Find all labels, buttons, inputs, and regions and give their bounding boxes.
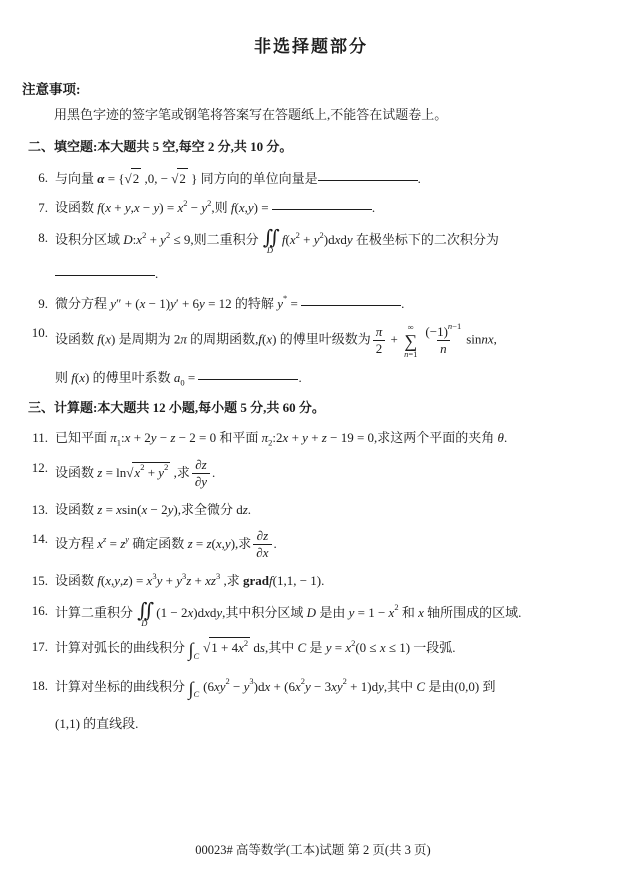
question-body: 计算二重积分 ∬D(1 − 2x)dxdy,其中积分区域 D 是由 y = 1 …	[55, 601, 600, 628]
exam-page: 非选择题部分 注意事项: 用黑色字迹的签字笔或钢笔将答案写在答题纸上,不能答在试…	[0, 0, 626, 880]
question-line: 已知平面 π1:x + 2y − z − 2 = 0 和平面 π2:2x + y…	[55, 428, 600, 448]
question-number: 14.	[22, 529, 48, 561]
question-line: 设函数 z = ln√x2 + y2 ,求∂z∂y.	[55, 458, 600, 490]
answer-blank	[318, 169, 418, 181]
exam-body: 二、填空题:本大题共 5 空,每空 2 分,共 10 分。6.与向量 α = {…	[22, 137, 600, 733]
fraction: (−1)n−1n	[422, 325, 464, 357]
question-body: 设函数 z = xsin(x − 2y),求全微分 dz.	[55, 500, 600, 520]
question-8: 8.设积分区域 D:x2 + y2 ≤ 9,则二重积分 ∬Df(x2 + y2)…	[22, 228, 600, 284]
answer-blank	[301, 294, 401, 306]
question-line: 计算对弧长的曲线积分 ∫C√1 + 4x2 ds,其中 C 是 y = x2(0…	[55, 637, 600, 666]
question-number: 16.	[22, 601, 48, 628]
fraction: ∂z∂x	[253, 529, 271, 561]
section-heading: 三、计算题:本大题共 12 小题,每小题 5 分,共 60 分。	[28, 398, 600, 418]
question-body: 计算对弧长的曲线积分 ∫C√1 + 4x2 ds,其中 C 是 y = x2(0…	[55, 637, 600, 666]
question-line: 设方程 xz = zy 确定函数 z = z(x,y),求∂z∂x.	[55, 529, 600, 561]
exam-content: 非选择题部分 注意事项: 用黑色字迹的签字笔或钢笔将答案写在答题纸上,不能答在试…	[0, 0, 626, 734]
answer-blank	[55, 264, 155, 276]
sqrt-radical: √2	[125, 171, 142, 186]
question-14: 14.设方程 xz = zy 确定函数 z = z(x,y),求∂z∂x.	[22, 529, 600, 561]
question-body: 已知平面 π1:x + 2y − z − 2 = 0 和平面 π2:2x + y…	[55, 428, 600, 448]
question-body: 设函数 f(x,y,z) = x3y + y3z + xz3 ,求 gradf(…	[55, 571, 600, 591]
question-16: 16.计算二重积分 ∬D(1 − 2x)dxdy,其中积分区域 D 是由 y =…	[22, 601, 600, 628]
sqrt-radical: √1 + 4x2	[203, 640, 250, 655]
question-number: 6.	[22, 168, 48, 189]
summation-operator: ∞∑n=1	[404, 323, 417, 358]
question-body: 设方程 xz = zy 确定函数 z = z(x,y),求∂z∂x.	[55, 529, 600, 561]
double-integral-operator: ∬D	[137, 601, 154, 628]
question-number: 7.	[22, 198, 48, 218]
question-line: 设积分区域 D:x2 + y2 ≤ 9,则二重积分 ∬Df(x2 + y2)dx…	[55, 228, 600, 255]
question-11: 11.已知平面 π1:x + 2y − z − 2 = 0 和平面 π2:2x …	[22, 428, 600, 448]
question-9: 9.微分方程 y″ + (x − 1)y′ + 6y = 12 的特解 y* =…	[22, 294, 600, 314]
question-7: 7.设函数 f(x + y,x − y) = x2 − y2,则 f(x,y) …	[22, 198, 600, 218]
page-footer: 00023# 高等数学(工本)试题 第 2 页(共 3 页)	[0, 841, 626, 860]
fraction: ∂z∂y	[192, 458, 210, 490]
question-number: 18.	[22, 676, 48, 734]
question-line: 则 f(x) 的傅里叶系数 a0 = .	[55, 368, 600, 388]
question-number: 15.	[22, 571, 48, 591]
question-line: 微分方程 y″ + (x − 1)y′ + 6y = 12 的特解 y* = .	[55, 294, 600, 314]
question-body: 计算对坐标的曲线积分 ∫C(6xy2 − y3)dx + (6x2y − 3xy…	[55, 676, 600, 734]
question-line: 设函数 f(x,y,z) = x3y + y3z + xz3 ,求 gradf(…	[55, 571, 600, 591]
fraction: π2	[373, 325, 386, 357]
sqrt-radical: √x2 + y2	[126, 465, 170, 480]
question-number: 10.	[22, 323, 48, 388]
question-line: 设函数 z = xsin(x − 2y),求全微分 dz.	[55, 500, 600, 520]
answer-blank	[272, 198, 372, 210]
notes-heading: 注意事项:	[22, 80, 600, 100]
question-12: 12.设函数 z = ln√x2 + y2 ,求∂z∂y.	[22, 458, 600, 490]
question-body: 设函数 f(x + y,x − y) = x2 − y2,则 f(x,y) = …	[55, 198, 600, 218]
question-6: 6.与向量 α = {√2 ,0, − √2 } 同方向的单位向量是 .	[22, 168, 600, 189]
notes-body: 用黑色字迹的签字笔或钢笔将答案写在答题纸上,不能答在试题卷上。	[22, 105, 600, 125]
question-body: 微分方程 y″ + (x − 1)y′ + 6y = 12 的特解 y* = .	[55, 294, 600, 314]
question-line: 计算二重积分 ∬D(1 − 2x)dxdy,其中积分区域 D 是由 y = 1 …	[55, 601, 600, 628]
page-title: 非选择题部分	[22, 34, 600, 60]
question-10: 10.设函数 f(x) 是周期为 2π 的周期函数,f(x) 的傅里叶级数为π2…	[22, 323, 600, 388]
line-integral-operator: ∫C	[188, 640, 202, 655]
question-17: 17.计算对弧长的曲线积分 ∫C√1 + 4x2 ds,其中 C 是 y = x…	[22, 637, 600, 666]
question-13: 13.设函数 z = xsin(x − 2y),求全微分 dz.	[22, 500, 600, 520]
question-15: 15.设函数 f(x,y,z) = x3y + y3z + xz3 ,求 gra…	[22, 571, 600, 591]
answer-blank	[198, 368, 298, 380]
question-body: 设积分区域 D:x2 + y2 ≤ 9,则二重积分 ∬Df(x2 + y2)dx…	[55, 228, 600, 284]
question-number: 12.	[22, 458, 48, 490]
question-number: 9.	[22, 294, 48, 314]
question-line: 设函数 f(x + y,x − y) = x2 − y2,则 f(x,y) = …	[55, 198, 600, 218]
line-integral-operator: ∫C	[188, 679, 202, 694]
question-line: .	[55, 264, 600, 284]
question-18: 18.计算对坐标的曲线积分 ∫C(6xy2 − y3)dx + (6x2y − …	[22, 676, 600, 734]
question-line: 设函数 f(x) 是周期为 2π 的周期函数,f(x) 的傅里叶级数为π2 + …	[55, 323, 600, 358]
question-line: 计算对坐标的曲线积分 ∫C(6xy2 − y3)dx + (6x2y − 3xy…	[55, 676, 600, 705]
question-number: 17.	[22, 637, 48, 666]
question-number: 13.	[22, 500, 48, 520]
question-body: 设函数 z = ln√x2 + y2 ,求∂z∂y.	[55, 458, 600, 490]
question-line: 与向量 α = {√2 ,0, − √2 } 同方向的单位向量是 .	[55, 168, 600, 189]
question-body: 设函数 f(x) 是周期为 2π 的周期函数,f(x) 的傅里叶级数为π2 + …	[55, 323, 600, 388]
question-number: 11.	[22, 428, 48, 448]
question-number: 8.	[22, 228, 48, 284]
section-heading: 二、填空题:本大题共 5 空,每空 2 分,共 10 分。	[28, 137, 600, 157]
question-body: 与向量 α = {√2 ,0, − √2 } 同方向的单位向量是 .	[55, 168, 600, 189]
sqrt-radical: √2	[171, 171, 188, 186]
double-integral-operator: ∬D	[263, 228, 280, 255]
question-line: (1,1) 的直线段.	[55, 714, 600, 734]
